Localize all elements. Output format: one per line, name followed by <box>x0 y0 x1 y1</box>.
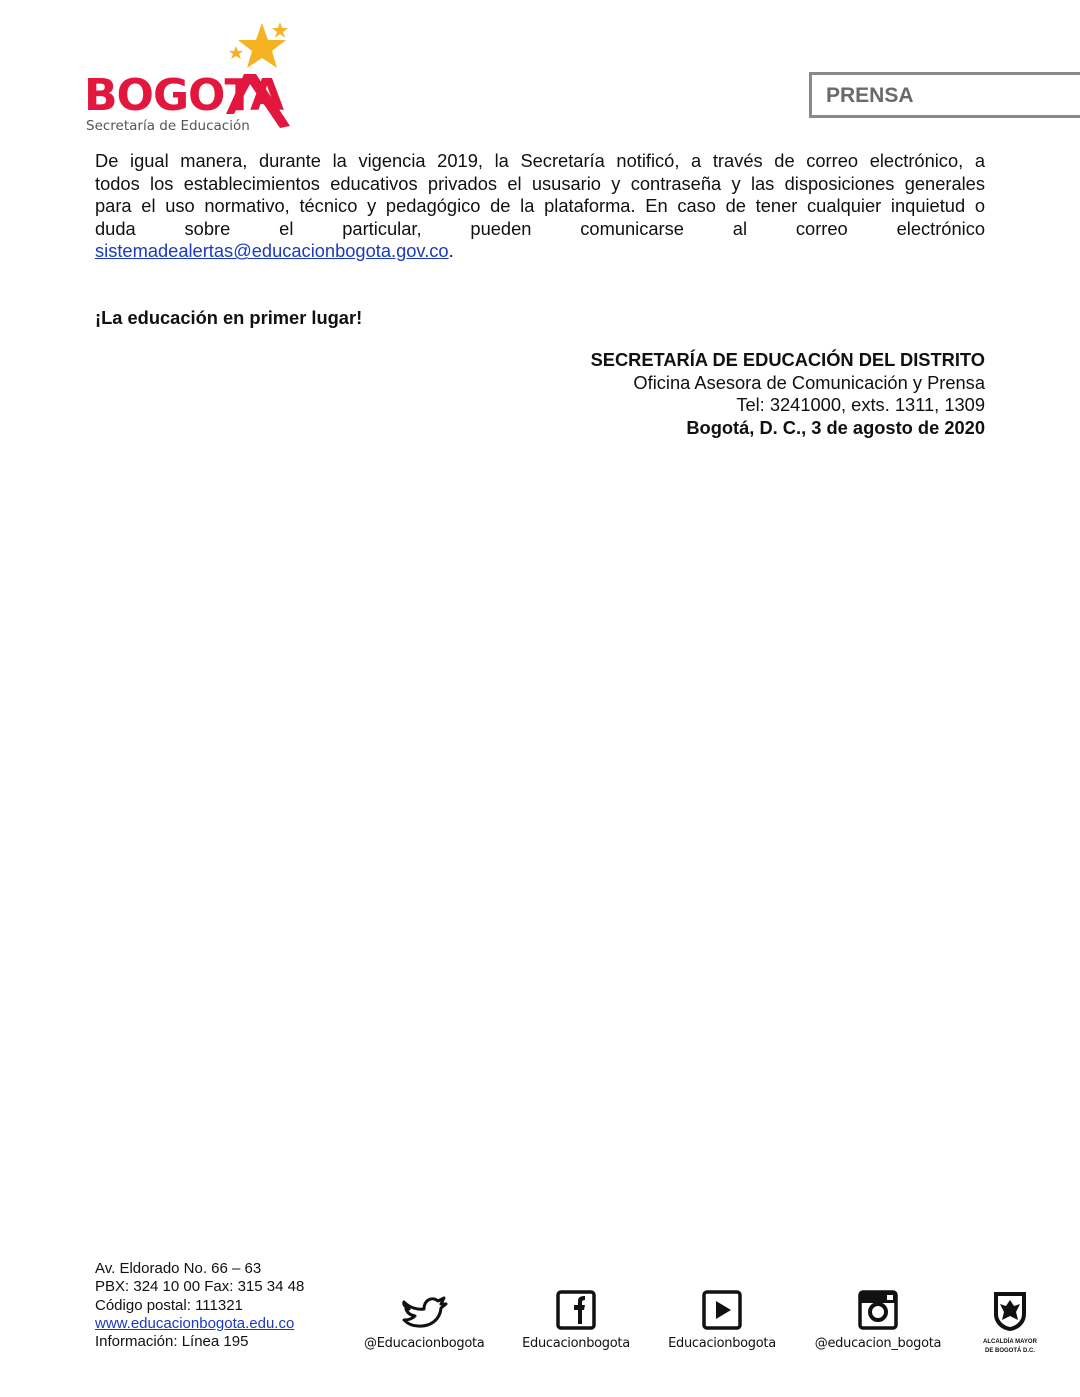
social-label: @Educacionbogota <box>364 1336 484 1351</box>
footer-address: Av. Eldorado No. 66 – 63 <box>95 1260 304 1278</box>
paragraph-line: De igual manera, durante la vigencia 201… <box>95 150 985 173</box>
secretaria-logo: BOGOTA Secretaría de Educación <box>84 18 299 140</box>
footer-address-block: Av. Eldorado No. 66 – 63 PBX: 324 10 00 … <box>95 1260 304 1351</box>
alcaldia-label-2: DE BOGOTÁ D.C. <box>978 1348 1042 1355</box>
instagram-icon <box>812 1290 944 1330</box>
signature-office: Oficina Asesora de Comunicación y Prensa <box>591 372 985 395</box>
footer-phone-fax: PBX: 324 10 00 Fax: 315 34 48 <box>95 1278 304 1296</box>
social-facebook[interactable]: Educacionbogota <box>516 1290 636 1351</box>
social-instagram[interactable]: @educacion_bogota <box>812 1290 944 1351</box>
email-link[interactable]: sistemadealertas@educacionbogota.gov.co <box>95 240 449 261</box>
website-link[interactable]: www.educacionbogota.edu.co <box>95 1315 294 1332</box>
slogan: ¡La educación en primer lugar! <box>95 307 362 329</box>
alcaldia-logo: ALCALDÍA MAYOR DE BOGOTÁ D.C. <box>978 1290 1042 1355</box>
logo-subtitle: Secretaría de Educación <box>86 118 250 134</box>
signature-org: SECRETARÍA DE EDUCACIÓN DEL DISTRITO <box>591 349 985 372</box>
signature-block: SECRETARÍA DE EDUCACIÓN DEL DISTRITO Ofi… <box>591 349 985 439</box>
paragraph-line: sistemadealertas@educacionbogota.gov.co. <box>95 240 985 263</box>
paragraph-line: duda sobre el particular, pueden comunic… <box>95 218 985 241</box>
facebook-icon <box>516 1290 636 1330</box>
paragraph-line: para el uso normativo, técnico y pedagóg… <box>95 195 985 218</box>
section-label-box: PRENSA <box>809 72 1080 118</box>
footer-postal: Código postal: 111321 <box>95 1297 304 1315</box>
social-label: Educacionbogota <box>662 1336 782 1351</box>
section-label: PRENSA <box>826 84 914 108</box>
body-paragraph: De igual manera, durante la vigencia 201… <box>95 150 985 263</box>
shield-icon <box>992 1290 1028 1332</box>
alcaldia-label-1: ALCALDÍA MAYOR <box>978 1339 1042 1346</box>
social-twitter[interactable]: @Educacionbogota <box>364 1290 484 1351</box>
logo-wordmark: BOGOTA <box>84 74 283 118</box>
social-youtube[interactable]: Educacionbogota <box>662 1290 782 1351</box>
twitter-icon <box>364 1290 484 1330</box>
social-label: @educacion_bogota <box>812 1336 944 1351</box>
signature-phone: Tel: 3241000, exts. 1311, 1309 <box>591 394 985 417</box>
signature-place-date: Bogotá, D. C., 3 de agosto de 2020 <box>591 417 985 440</box>
email-suffix: . <box>449 240 454 261</box>
paragraph-line: todos los establecimientos educativos pr… <box>95 173 985 196</box>
footer-info: Información: Línea 195 <box>95 1333 304 1351</box>
social-label: Educacionbogota <box>516 1336 636 1351</box>
youtube-icon <box>662 1290 782 1330</box>
